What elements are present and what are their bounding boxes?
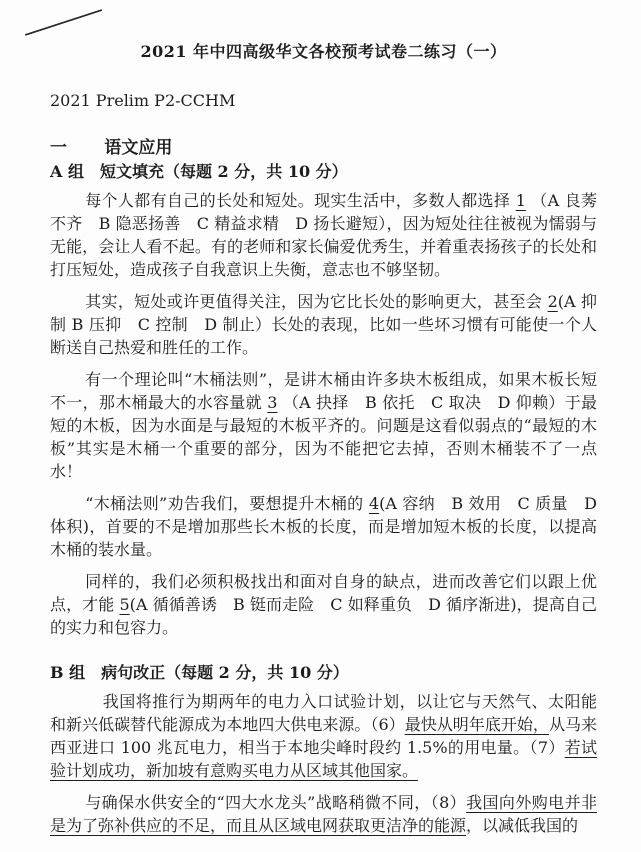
text-run: “木桶法则”劝告我们，要想提升木桶的	[85, 494, 369, 513]
paragraph-a4: “木桶法则”劝告我们，要想提升木桶的 4(A 容纳 B 效用 C 质量 D 体积…	[50, 492, 597, 561]
paragraph-a2: 其实，短处或许更值得关注，因为它比长处的影响更大，甚至会 2(A 抑制 B 压抑…	[50, 290, 597, 359]
section-number: 一	[50, 138, 104, 158]
section-title: 语文应用	[104, 138, 172, 158]
text-run: 与确保水供安全的“四大水龙头”战略稍微不同，（8）	[85, 793, 466, 812]
underlined-text: 2	[548, 292, 558, 311]
underlined-text: 5	[119, 595, 129, 614]
underlined-text: 1	[516, 191, 526, 210]
text-run: 每个人都有自己的长处和短处。现实生活中，多数人都选择	[85, 191, 516, 210]
exam-page: 2021 年中四高级华文各校预考试卷二练习（一） 2021 Prelim P2-…	[0, 0, 641, 852]
paragraph-b1: 我国将推行为期两年的电力入口试验计划，以让它与天然气、太阳能和新兴低碳替代能源成…	[50, 690, 597, 782]
text-run: 其实，短处或许更值得关注，因为它比长处的影响更大，甚至会	[85, 292, 547, 311]
paragraph-a5: 同样的，我们必须积极找出和面对自身的缺点，进而改善它们以跟上优点，才能 5(A …	[50, 570, 597, 639]
section-one-heading: 一语文应用	[50, 138, 597, 158]
text-run: (A 循循善诱 B 铤而走险 C 如释重负 D 循序渐进)，提高自己的实力和包容…	[50, 595, 597, 637]
page-content: 2021 年中四高级华文各校预考试卷二练习（一） 2021 Prelim P2-…	[0, 0, 641, 837]
page-title: 2021 年中四高级华文各校预考试卷二练习（一）	[50, 43, 597, 61]
text-run: ，以减低我国的	[466, 816, 578, 835]
paragraph-a3: 有一个理论叫“木桶法则”，是讲木桶由许多块木板组成，如果木板长短不一，那木桶最大…	[50, 368, 597, 483]
paragraph-a1: 每个人都有自己的长处和短处。现实生活中，多数人都选择 1 （A 良莠不齐 B 隐…	[50, 189, 597, 281]
underlined-text: 3	[267, 393, 277, 412]
underlined-text: 4	[369, 494, 379, 513]
group-b-heading: B 组 病句改正（每题 2 分，共 10 分）	[50, 662, 597, 683]
underlined-text: 最快从明年底开始，	[405, 715, 549, 734]
paragraph-b2: 与确保水供安全的“四大水龙头”战略稍微不同，（8）我国向外购电并非是为了弥补供应…	[50, 791, 597, 837]
group-a-heading: A 组 短文填充（每题 2 分，共 10 分）	[50, 161, 597, 182]
document-code: 2021 Prelim P2-CCHM	[50, 92, 597, 110]
